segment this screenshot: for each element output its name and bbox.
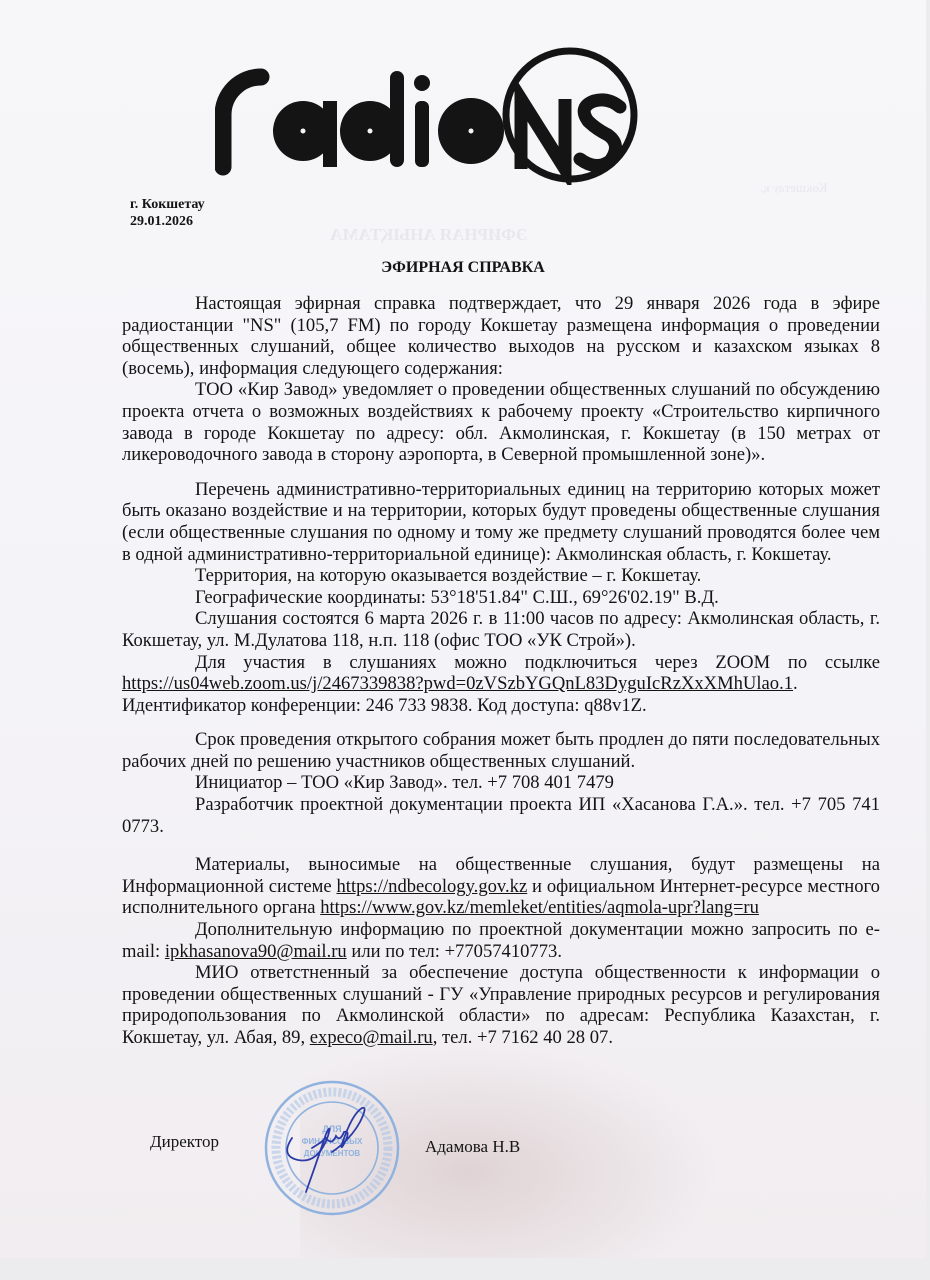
city-label: г. Кокшетау [130, 196, 205, 213]
official-stamp: ДЛЯ ФИНАНСОВЫХ ДОКУМЕНТОВ [262, 1078, 402, 1218]
paragraph-territories: Перечень административно-территориальных… [122, 479, 880, 565]
ndbecology-link[interactable]: https://ndbecology.gov.kz [336, 876, 527, 897]
paragraph-mio: МИО ответстненный за обеспечение доступа… [122, 962, 880, 1048]
date-label: 29.01.2026 [130, 213, 205, 230]
expeco-email-link[interactable]: expeco@mail.ru [310, 1027, 433, 1048]
document-body: Настоящая эфирная справка подтверждает, … [122, 293, 880, 1049]
bleed-through-text: Көкшетау қ. [760, 180, 828, 196]
city-date-block: г. Кокшетау 29.01.2026 [130, 196, 205, 230]
paragraph-zoom: Для участия в слушаниях можно подключить… [122, 652, 880, 717]
zoom-text: Для участия в слушаниях можно подключить… [195, 652, 880, 673]
additional-info-phone: или по тел: +77057410773. [347, 941, 562, 962]
paragraph-impact-territory: Территория, на которую оказывается возде… [122, 565, 880, 587]
paragraph-coordinates: Географические координаты: 53°18'51.84" … [122, 587, 880, 609]
paragraph-initiator: Инициатор – ТОО «Кир Завод». тел. +7 708… [122, 772, 880, 794]
paragraph-developer: Разработчик проектной документации проек… [122, 794, 880, 837]
mio-phone: , тел. +7 7162 40 28 07. [433, 1027, 613, 1048]
document-page: ЭФИРНАЯ АНЫҚТАМА Көкшетау қ. г. Кокшетау… [0, 0, 926, 1258]
paragraph-materials: Материалы, выносимые на общественные слу… [122, 854, 880, 919]
signatory-name: Адамова Н.В [425, 1137, 520, 1157]
paragraph-additional-info: Дополнительную информацию по проектной д… [122, 919, 880, 962]
radio-ns-logo [215, 45, 675, 185]
svg-text:ДЛЯ: ДЛЯ [322, 1124, 341, 1134]
developer-email-link[interactable]: ipkhasanova90@mail.ru [165, 941, 347, 962]
svg-text:ДОКУМЕНТОВ: ДОКУМЕНТОВ [304, 1149, 361, 1158]
signatory-position: Директор [150, 1132, 219, 1152]
paragraph-intro: Настоящая эфирная справка подтверждает, … [122, 293, 880, 379]
paragraph-notice: ТОО «Кир Завод» уведомляет о проведении … [122, 379, 880, 465]
zoom-link[interactable]: https://us04web.zoom.us/j/2467339838?pwd… [122, 673, 793, 694]
paragraph-hearing-date: Слушания состоятся 6 марта 2026 г. в 11:… [122, 608, 880, 651]
gov-kz-link[interactable]: https://www.gov.kz/memleket/entities/aqm… [320, 897, 759, 918]
document-title: ЭФИРНАЯ СПРАВКА [0, 259, 926, 277]
paragraph-extension: Срок проведения открытого собрания может… [122, 729, 880, 772]
bleed-through-text: ЭФИРНАЯ АНЫҚТАМА [330, 225, 527, 245]
